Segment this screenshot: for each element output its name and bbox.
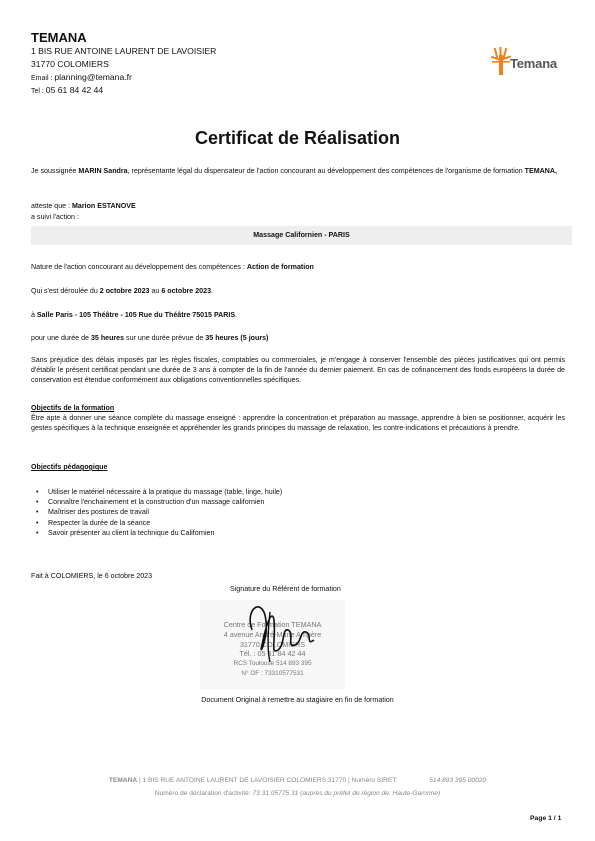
email-label: Email :	[31, 75, 54, 82]
logo-text: Temana	[510, 56, 557, 71]
attest-label: atteste que :	[31, 202, 72, 210]
original-note: Document Original à remettre au stagiair…	[0, 695, 595, 705]
list-item: Connaître l'enchainement et la construct…	[31, 497, 565, 507]
org-tel-row: Tel : 05 61 84 42 44	[31, 85, 103, 95]
location-value: Salle Paris - 105 Théâtre - 105 Rue du T…	[37, 311, 235, 319]
tel-label: Tel :	[31, 88, 46, 95]
tree-hands-icon	[490, 47, 512, 75]
objectives-text: Être apte à donner une séance complète d…	[31, 413, 565, 433]
duration-line: pour une durée de 35 heures sur une duré…	[31, 333, 565, 343]
intro-text: Je soussignée	[31, 167, 78, 175]
location-suffix: .	[235, 311, 237, 319]
list-item: Utiliser le matériel nécessaire à la pra…	[31, 487, 565, 497]
attest-line: atteste que : Marion ESTANOVE	[31, 201, 565, 211]
stamp-line: N° OF : 73310577531	[200, 669, 345, 679]
pedagogic-heading: Objectifs pédagogique	[31, 462, 565, 472]
org-address: 1 BIS RUE ANTOINE LAURENT DE LAVOISIER	[31, 46, 216, 56]
pedagogic-heading-wrap: Objectifs pédagogique	[31, 462, 565, 472]
nature-label: Nature de l'action concourant au dévelop…	[31, 263, 247, 271]
dates-text-2: au	[149, 287, 161, 295]
handwritten-signature	[240, 600, 320, 670]
org-tel: 05 61 84 42 44	[46, 85, 103, 95]
footer-line-2: Numéro de déclaration d'activité: 73 31 …	[0, 790, 595, 797]
followed-line: a suivi l'action :	[31, 212, 565, 222]
nature-value: Action de formation	[247, 263, 314, 271]
actual-duration: 35 heures	[91, 334, 124, 342]
list-item: Respecter la durée de la séance	[31, 518, 565, 528]
nature-line: Nature de l'action concourant au dévelop…	[31, 262, 565, 272]
list-item: Maîtriser des postures de travail	[31, 507, 565, 517]
start-date: 2 octobre 2023	[100, 287, 150, 295]
objectives-section: Objectifs de la formation Être apte à do…	[31, 403, 565, 434]
dates-text: Qui s'est déroulée du	[31, 287, 100, 295]
duration-text-2: sur une durée prévue de	[124, 334, 205, 342]
duration-text: pour une durée de	[31, 334, 91, 342]
intro-paragraph: Je soussignée MARIN Sandra, représentant…	[31, 166, 565, 176]
footer-address: | 1 BIS RUE ANTOINE LAURENT DE LAVOISIER…	[137, 777, 397, 784]
footer-siret: 514 893 395 00020	[429, 777, 486, 784]
signature-stamp: Centre de Formation TEMANA 4 avenue Andr…	[200, 600, 345, 690]
location-line: à Salle Paris - 105 Théâtre - 105 Rue du…	[31, 310, 565, 320]
pedagogic-list-wrap: Utiliser le matériel nécessaire à la pra…	[31, 487, 565, 538]
intro-text-2: , représentante légal du dispensateur de…	[128, 167, 525, 175]
footer-declaration-value: 73 31 05775 31 (auprès du préfet de régi…	[252, 790, 440, 797]
org-email: planning@temana.fr	[54, 72, 132, 82]
footer-declaration-label: Numéro de déclaration d'activité:	[155, 790, 253, 797]
trainee-name: Marion ESTANOVE	[72, 202, 136, 210]
org-city: 31770 COLOMIERS	[31, 59, 109, 69]
org-name: TEMANA	[31, 30, 87, 45]
pedagogic-list: Utiliser le matériel nécessaire à la pra…	[31, 487, 565, 538]
footer-line-1: TEMANA | 1 BIS RUE ANTOINE LAURENT DE LA…	[0, 777, 595, 784]
org-ref: TEMANA,	[525, 167, 557, 175]
footer-org: TEMANA	[109, 777, 137, 784]
action-title-box: Massage Californien - PARIS	[31, 226, 572, 245]
list-item: Savoir présenter au client la technique …	[31, 528, 565, 538]
document-title: Certificat de Réalisation	[0, 128, 595, 149]
dates-line: Qui s'est déroulée du 2 octobre 2023 au …	[31, 286, 565, 296]
org-email-row: Email : planning@temana.fr	[31, 72, 132, 82]
signature-label: Signature du Référent de formation	[230, 584, 400, 594]
place-date: Fait à COLOMIERS, le 6 octobre 2023	[31, 571, 565, 581]
temana-logo: Temana	[490, 47, 570, 75]
signer-name: MARIN Sandra	[78, 167, 127, 175]
legal-paragraph: Sans préjudice des délais imposés par le…	[31, 355, 565, 386]
end-date: 6 octobre 2023	[161, 287, 211, 295]
page-number: Page 1 / 1	[530, 815, 561, 822]
objectives-heading: Objectifs de la formation	[31, 403, 565, 413]
planned-duration: 35 heures (5 jours)	[205, 334, 268, 342]
dates-text-3: .	[211, 287, 213, 295]
